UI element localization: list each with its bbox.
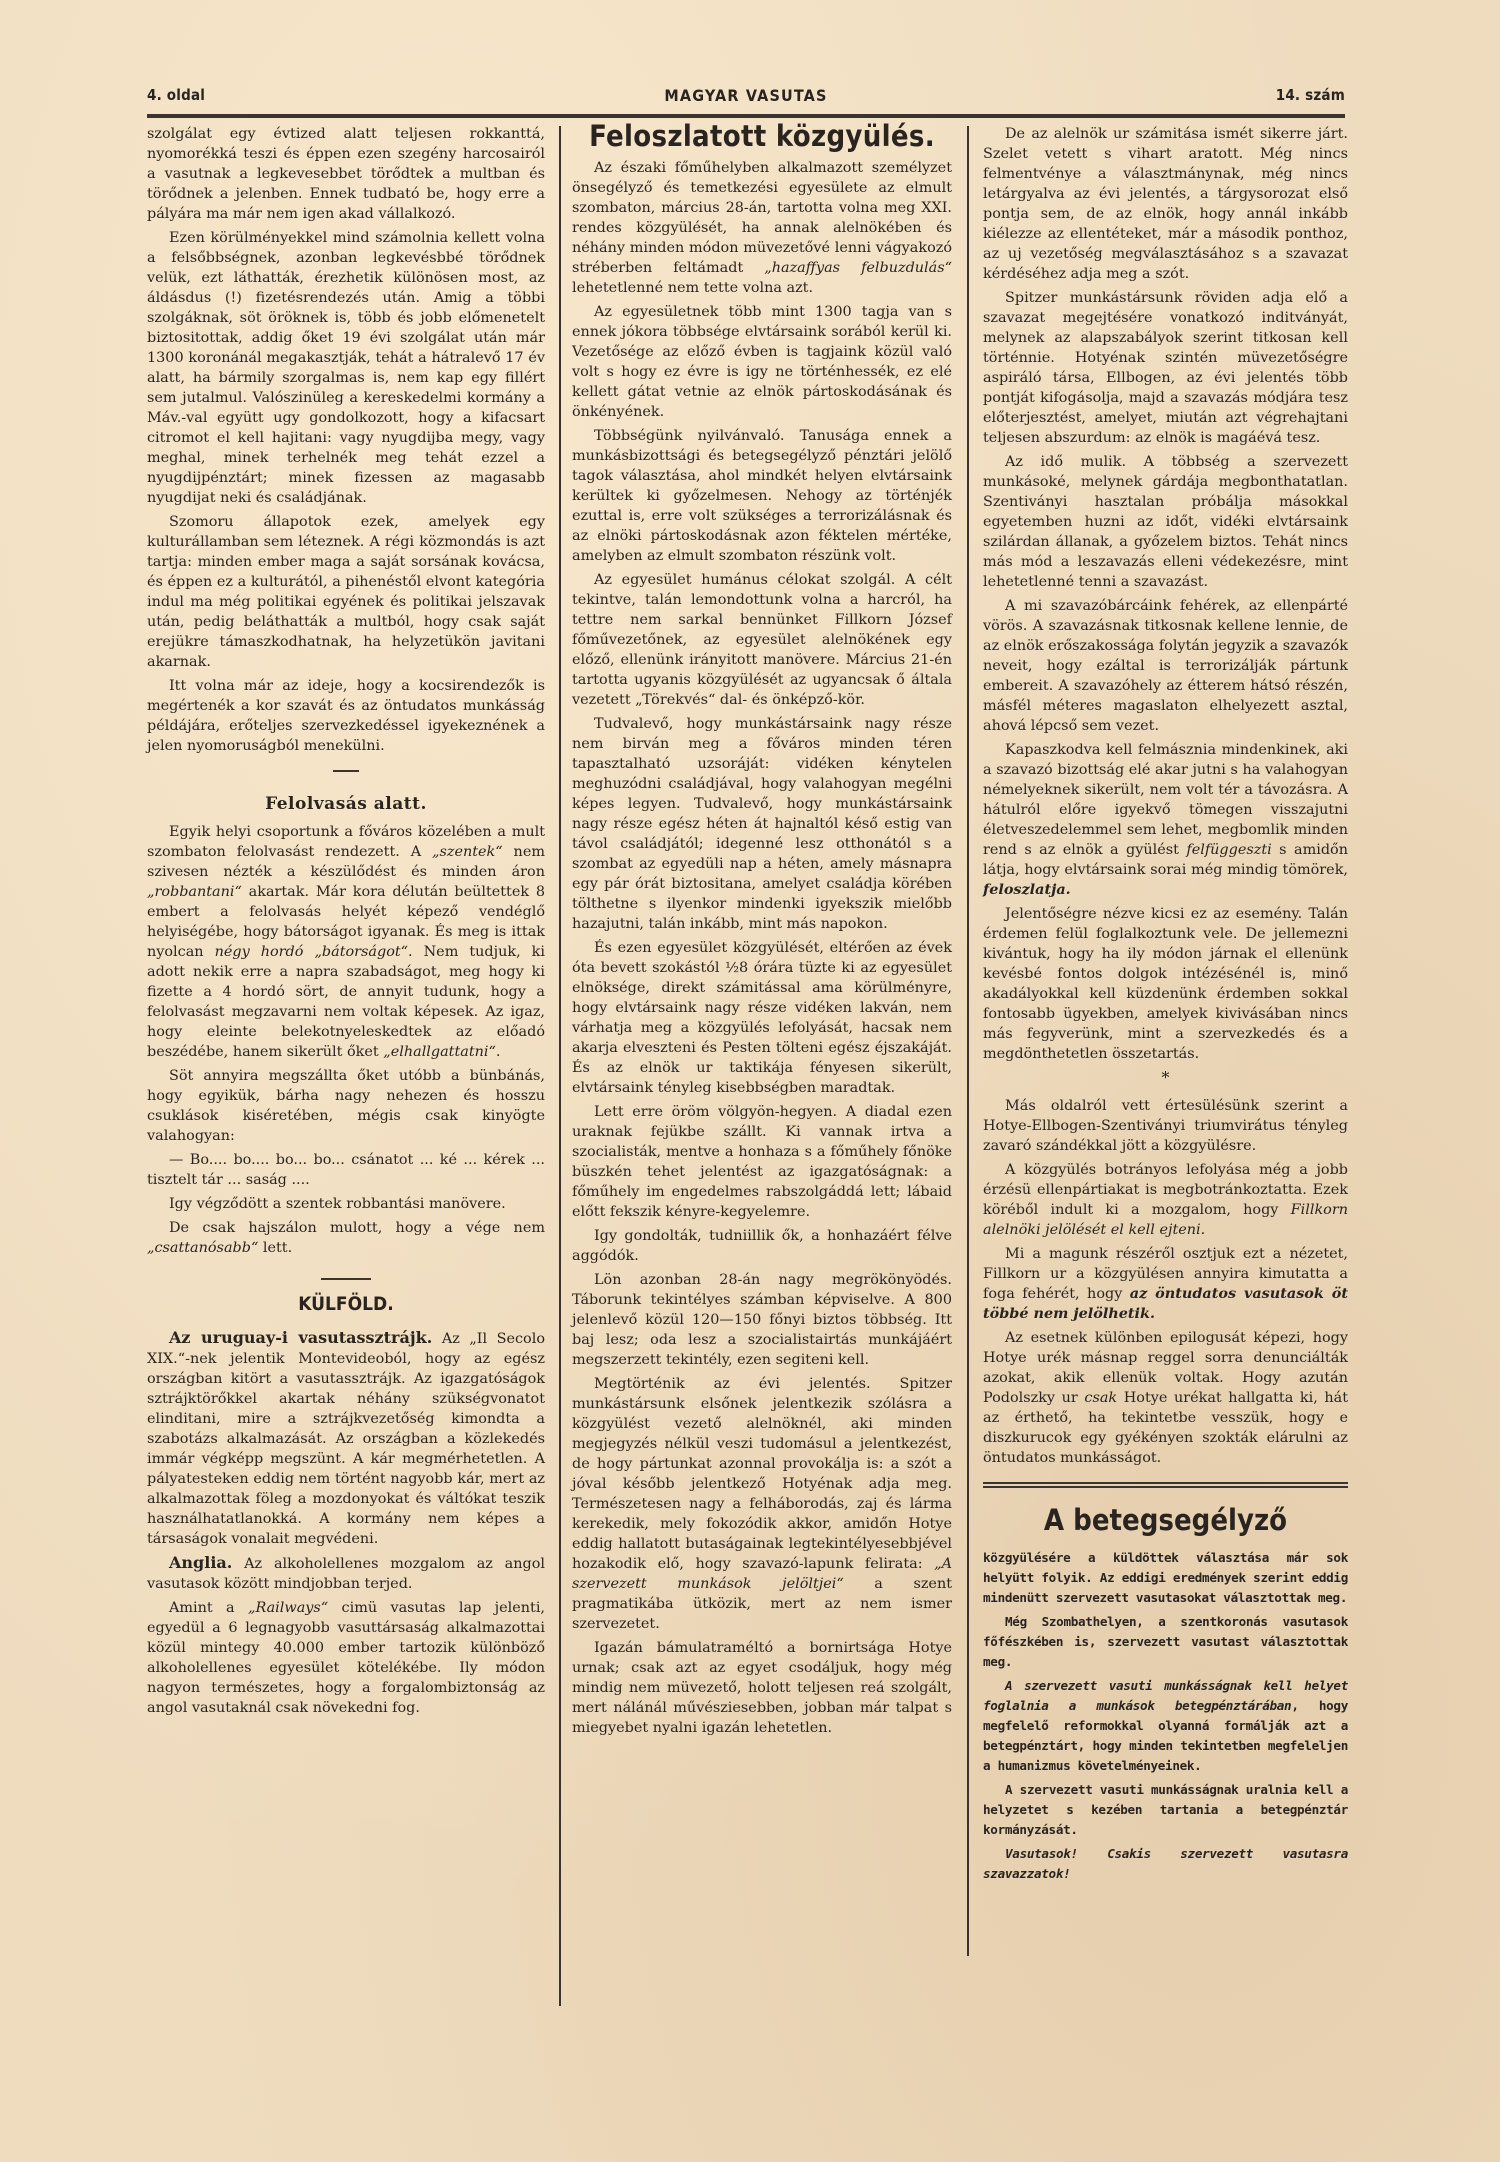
paragraph: Spitzer munkástársunk röviden adja elő a…	[983, 288, 1348, 448]
paragraph: Amint a „Railways“ cimü vasutas lap jele…	[147, 1598, 545, 1718]
paragraph: Igy végződött a szentek robbantási manöv…	[147, 1194, 545, 1214]
paragraph: Más oldalról vett értesülésünk szerint a…	[983, 1096, 1348, 1156]
masthead-rule	[147, 114, 1345, 118]
text: Spitzer munkástársunk röviden adja elő a…	[983, 290, 1348, 446]
paragraph: Mi a magunk részéről osztjuk ezt a nézet…	[983, 1244, 1348, 1324]
column-2: Feloszlatott közgyülés. Az északi főműhe…	[572, 124, 952, 1742]
paragraph: közgyülésére a küldöttek választása már …	[983, 1548, 1348, 1608]
paragraph: A szervezett vasuti munkásságnak uralnia…	[983, 1780, 1348, 1840]
paragraph: szolgálat egy évtized alatt teljesen rok…	[147, 124, 545, 224]
article-felolvasas: Egyik helyi csoportunk a főváros közeléb…	[147, 822, 545, 1258]
text: Az egyesület humánus célokat szolgál. A …	[572, 572, 952, 708]
text: lehetetlenné nem tette volna azt.	[572, 280, 813, 296]
paragraph: Igazán bámulatraméltó a bornirtsága Hoty…	[572, 1638, 952, 1738]
article-betegsegelyzo: közgyülésére a küldöttek választása már …	[983, 1548, 1348, 1884]
text: Ezen körülményekkel mind számolnia kelle…	[147, 230, 545, 506]
emphasis-text: Vasutasok! Csakis szervezett vasutasra s…	[983, 1846, 1348, 1881]
text: lett.	[258, 1240, 292, 1256]
text: Az idő mulik. A többség a szervezett mun…	[983, 454, 1348, 590]
emphasis-text: „hazaffyas felbuzdulás“	[764, 260, 952, 276]
separator-star: *	[983, 1068, 1348, 1088]
text: Igy gondolták, tudniillik ők, a honhazáé…	[572, 1228, 952, 1264]
text: Az egyesületnek több mint 1300 tagja van…	[572, 304, 952, 420]
emphasis-text: „robbantani“	[147, 884, 242, 900]
emphasis-text: feloszlatja.	[983, 881, 1071, 898]
paragraph: Többségünk nyilvánvaló. Tanusága ennek a…	[572, 426, 952, 566]
paragraph: Az esetnek különben epilogusát képezi, h…	[983, 1328, 1348, 1468]
paragraph: Igy gondolták, tudniillik ők, a honhazáé…	[572, 1226, 952, 1266]
article-kozgyules: Az északi főműhelyben alkalmazott személ…	[572, 158, 952, 1738]
paragraph: Az uruguay-i vasutassztrájk. Az „Il Seco…	[147, 1328, 545, 1549]
paragraph: A közgyülés botrányos lefolyása még a jo…	[983, 1160, 1348, 1240]
paragraph: Megtörténik az évi jelentés. Spitzer mun…	[572, 1374, 952, 1634]
text: Igazán bámulatraméltó a bornirtsága Hoty…	[572, 1640, 952, 1736]
text: .	[496, 1044, 501, 1060]
text: Lett erre öröm völgyön-hegyen. A diadal …	[572, 1104, 952, 1220]
text: Megtörténik az évi jelentés. Spitzer mun…	[572, 1376, 952, 1572]
double-rule	[983, 1482, 1348, 1488]
emphasis-text: „csattanósabb“	[147, 1240, 258, 1256]
paragraph: Lön azonban 28-án nagy megrökönyödés. Tá…	[572, 1270, 952, 1370]
paragraph: Szomoru állapotok ezek, amelyek egy kult…	[147, 512, 545, 672]
paragraph: De az alelnök ur számitása ismét sikerre…	[983, 124, 1348, 284]
paragraph: A szervezett vasuti munkásságnak kell he…	[983, 1676, 1348, 1776]
paragraph: Anglia. Az alkoholellenes mozgalom az an…	[147, 1553, 545, 1594]
text: Az „Il Secolo XIX.“-nek jelentik Montevi…	[147, 1331, 545, 1547]
column-divider	[559, 126, 561, 2006]
column-3: De az alelnök ur számitása ismét sikerre…	[983, 124, 1348, 1888]
text: Igy végződött a szentek robbantási manöv…	[169, 1196, 506, 1212]
run-in-heading: Anglia.	[169, 1553, 232, 1572]
section-heading-kulfold: KÜLFÖLD.	[147, 1294, 545, 1314]
emphasis-text: „elhallgattatni“	[383, 1044, 496, 1060]
newspaper-title: MAGYAR VASUTAS	[147, 86, 1345, 105]
text: Jelentőségre nézve kicsi ez az esemény. …	[983, 906, 1348, 1062]
text: Szomoru állapotok ezek, amelyek egy kult…	[147, 514, 545, 670]
text: Más oldalról vett értesülésünk szerint a…	[983, 1098, 1348, 1154]
paragraph: Kapaszkodva kell felmásznia mindenkinek,…	[983, 740, 1348, 900]
article-kulfold: Az uruguay-i vasutassztrájk. Az „Il Seco…	[147, 1328, 545, 1718]
emphasis-text: „szentek“	[432, 844, 503, 860]
text: — Bo.... bo.... bo... bo... csánatot ...…	[147, 1152, 545, 1188]
text: Lön azonban 28-án nagy megrökönyödés. Tá…	[572, 1272, 952, 1368]
paragraph: Egyik helyi csoportunk a főváros közeléb…	[147, 822, 545, 1062]
masthead: 4. oldal MAGYAR VASUTAS 14. szám	[147, 78, 1345, 112]
text: De az alelnök ur számitása ismét sikerre…	[983, 126, 1348, 282]
paragraph: — Bo.... bo.... bo... bo... csánatot ...…	[147, 1150, 545, 1190]
text: Amint a	[169, 1600, 248, 1616]
text: cimü vasutas lap jelenti, egyedül a 6 le…	[147, 1600, 545, 1716]
issue-number: 14. szám	[1276, 86, 1345, 104]
text: Tudvalevő, hogy munkástársaink nagy rész…	[572, 716, 952, 932]
paragraph: Jelentőségre nézve kicsi ez az esemény. …	[983, 904, 1348, 1064]
text: Itt volna már az ideje, hogy a kocsirend…	[147, 678, 545, 754]
article-continued: szolgálat egy évtized alatt teljesen rok…	[147, 124, 545, 756]
paragraph: Ezen körülményekkel mind számolnia kelle…	[147, 228, 545, 508]
paragraph: De csak hajszálon mulott, hogy a vége ne…	[147, 1218, 545, 1258]
paragraph: Az idő mulik. A többség a szervezett mun…	[983, 452, 1348, 592]
column-divider	[967, 126, 969, 1956]
text: Kapaszkodva kell felmásznia mindenkinek,…	[983, 742, 1348, 858]
column-1: szolgálat egy évtized alatt teljesen rok…	[147, 124, 545, 1722]
text: A mi szavazóbárcáink fehérek, az ellenpá…	[983, 598, 1348, 734]
text: A szervezett vasuti munkásságnak uralnia…	[983, 1782, 1348, 1837]
paragraph: Itt volna már az ideje, hogy a kocsirend…	[147, 676, 545, 756]
paragraph: Az egyesület humánus célokat szolgál. A …	[572, 570, 952, 710]
run-in-heading: Az uruguay-i vasutassztrájk.	[169, 1328, 432, 1347]
separator-dash	[321, 1278, 371, 1280]
text: közgyülésére a küldöttek választása már …	[983, 1550, 1348, 1605]
paragraph: Lett erre öröm völgyön-hegyen. A diadal …	[572, 1102, 952, 1222]
text: Többségünk nyilvánvaló. Tanusága ennek a…	[572, 428, 952, 564]
emphasis-text: négy hordó „bátorságot“	[215, 944, 408, 960]
paragraph: Még Szombathelyen, a szentkoronás vasuta…	[983, 1612, 1348, 1672]
emphasis-text: „Railways“	[248, 1600, 328, 1616]
paragraph: Az egyesületnek több mint 1300 tagja van…	[572, 302, 952, 422]
article-kozgyules-continued: De az alelnök ur számitása ismét sikerre…	[983, 124, 1348, 1064]
paragraph: Az északi főműhelyben alkalmazott személ…	[572, 158, 952, 298]
emphasis-text: felfüggeszti	[1186, 842, 1271, 858]
text: És ezen egyesület közgyülését, eltérően …	[572, 940, 952, 1096]
article-heading-felolvasas: Felolvasás alatt.	[147, 794, 545, 814]
article-heading-kozgyules: Feloszlatott közgyülés.	[572, 126, 952, 146]
text: De csak hajszálon mulott, hogy a vége ne…	[169, 1220, 545, 1236]
text: . Nem tudjuk, ki adott nekik erre a napr…	[147, 944, 545, 1060]
paragraph: Söt annyira megszállta őket utóbb a bünb…	[147, 1066, 545, 1146]
text: Az északi főműhelyben alkalmazott személ…	[572, 160, 952, 276]
separator-dash	[333, 770, 359, 772]
paragraph: Vasutasok! Csakis szervezett vasutasra s…	[983, 1844, 1348, 1884]
text: Söt annyira megszállta őket utóbb a bünb…	[147, 1068, 545, 1144]
newspaper-page: 4. oldal MAGYAR VASUTAS 14. szám szolgál…	[147, 78, 1345, 124]
paragraph: És ezen egyesület közgyülését, eltérően …	[572, 938, 952, 1098]
emphasis-text: csak	[1084, 1390, 1117, 1406]
text: szolgálat egy évtized alatt teljesen rok…	[147, 126, 545, 222]
paragraph: A mi szavazóbárcáink fehérek, az ellenpá…	[983, 596, 1348, 736]
article-addendum: Más oldalról vett értesülésünk szerint a…	[983, 1096, 1348, 1468]
text: Még Szombathelyen, a szentkoronás vasuta…	[983, 1614, 1348, 1669]
paragraph: Tudvalevő, hogy munkástársaink nagy rész…	[572, 714, 952, 934]
article-heading-betegsegelyzo: A betegsegélyző	[983, 1510, 1348, 1530]
